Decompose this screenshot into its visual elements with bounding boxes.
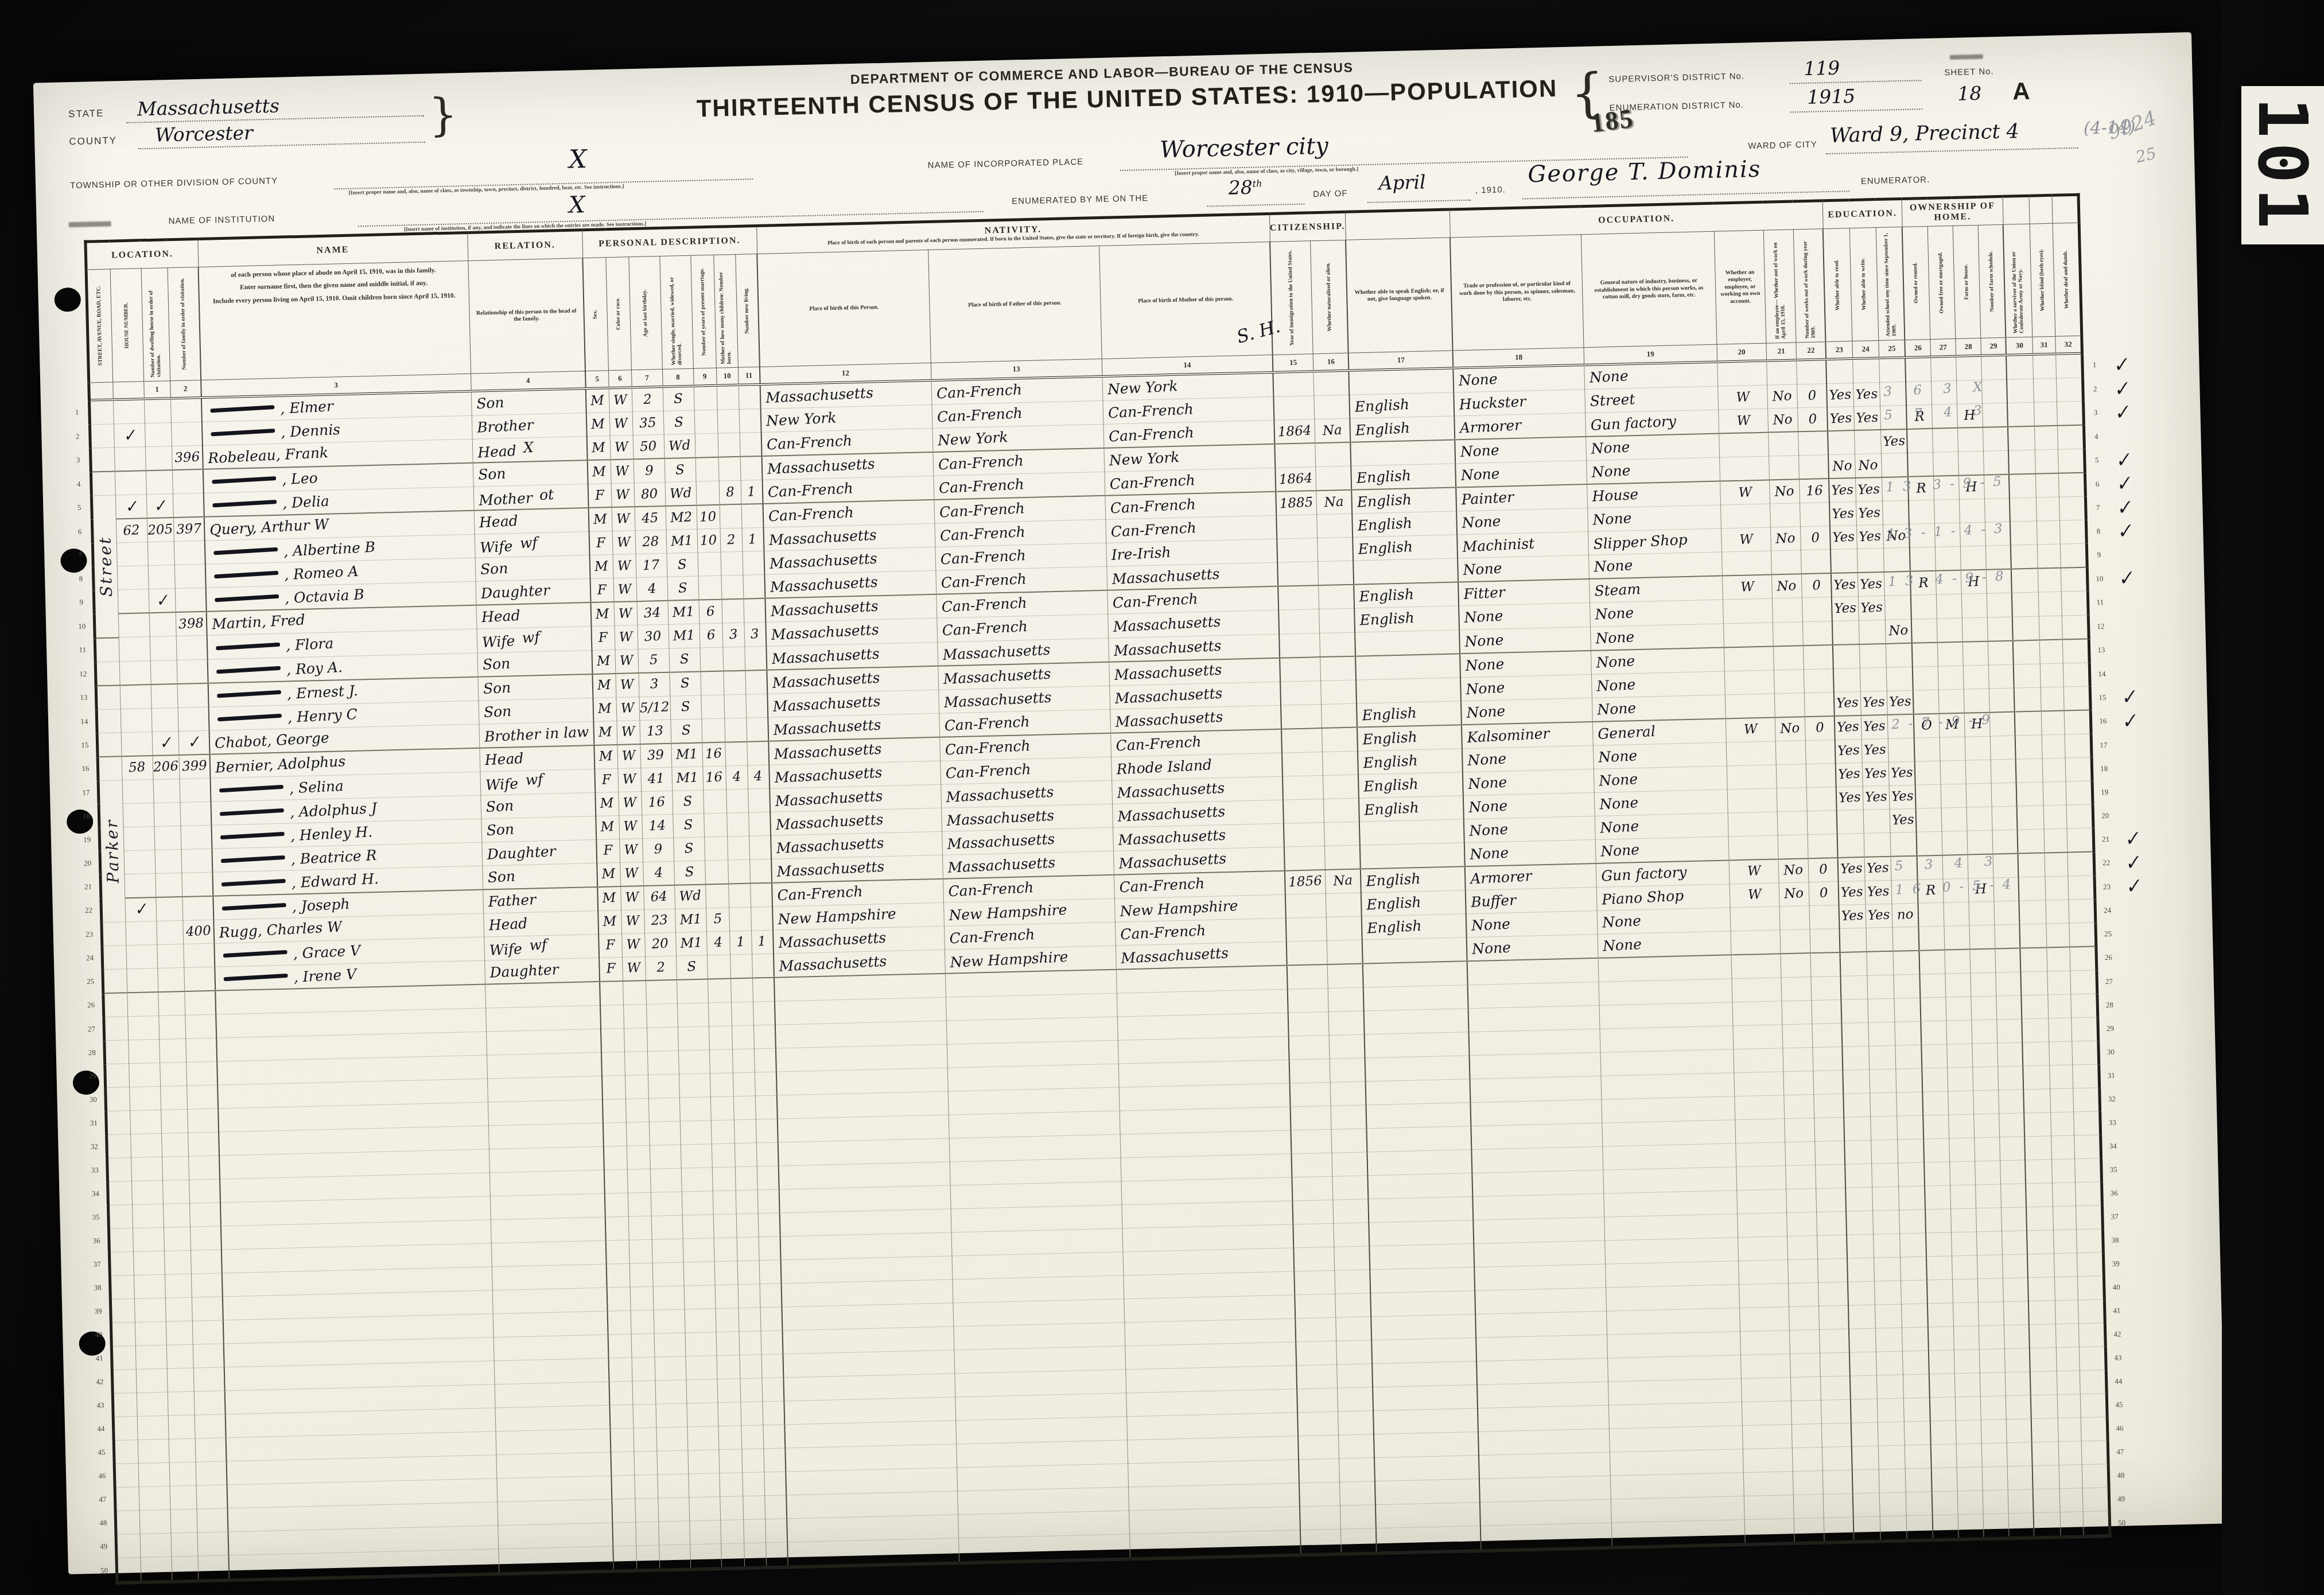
r34-imm xyxy=(1291,1153,1332,1177)
row-number-left: 29 xyxy=(81,1064,105,1088)
r10-nat xyxy=(1319,585,1355,609)
r7-fam xyxy=(174,540,205,565)
sex-value: M xyxy=(590,394,605,408)
lang-value: English xyxy=(1355,610,1414,628)
industry-value: None xyxy=(1586,439,1630,456)
r38-war xyxy=(2027,1230,2054,1254)
sex-value: M xyxy=(602,867,616,881)
r20-weeks xyxy=(1807,810,1837,834)
r16-lang: English xyxy=(1357,725,1462,751)
r33-pobm xyxy=(1120,1130,1292,1158)
r4-free xyxy=(1932,428,1958,453)
r32-cb xyxy=(734,1119,756,1143)
r39-pobm xyxy=(1123,1271,1295,1298)
r16-emp: W xyxy=(1725,717,1775,742)
r35-war xyxy=(2026,1159,2053,1183)
r38-street xyxy=(110,1275,134,1299)
col-fam-number: 2 xyxy=(170,380,201,398)
r41-pobm xyxy=(1124,1318,1296,1345)
r40-imm xyxy=(1295,1294,1336,1318)
row-number-right: 10 xyxy=(2087,567,2111,591)
r20-fsched xyxy=(1992,806,2018,830)
r7-nat xyxy=(1317,513,1353,538)
r39-nat xyxy=(1335,1269,1371,1293)
r23-emp: W xyxy=(1730,882,1779,907)
r25-nat xyxy=(1327,940,1363,964)
r39-outwork xyxy=(1788,1259,1818,1283)
r18-house xyxy=(123,803,154,827)
r35-deaf xyxy=(2075,1158,2102,1182)
r45-street xyxy=(114,1440,138,1464)
r24-cl: 1 xyxy=(751,930,774,954)
r15-house xyxy=(121,732,153,756)
r5-yrs xyxy=(696,481,720,505)
emp-value: W xyxy=(1747,888,1762,902)
age-value: 5 xyxy=(649,653,658,667)
r40-deaf xyxy=(2077,1275,2104,1300)
r40-weeks xyxy=(1818,1282,1848,1306)
r29-pobf xyxy=(947,1040,1118,1068)
r49-own xyxy=(1932,1491,1958,1515)
row-number-right: 28 xyxy=(2097,993,2121,1017)
r46-street xyxy=(114,1463,139,1487)
r14-war xyxy=(2014,664,2041,688)
col-street-header: STREET, AVENUE, ROAD, ETC. xyxy=(86,269,113,383)
outwork-value: No xyxy=(1777,579,1797,594)
r10-write: Yes xyxy=(1857,572,1884,597)
r39-free xyxy=(1952,1255,1977,1279)
r24-pobm: Can-French xyxy=(1115,918,1287,946)
pob-value: Massachusetts xyxy=(771,835,884,855)
r37-street xyxy=(109,1251,134,1275)
r17-blind xyxy=(2042,734,2065,758)
r24-marital: M1 xyxy=(675,931,707,955)
margin-check: ✓ xyxy=(2111,353,2130,375)
r29-age xyxy=(647,1051,679,1075)
marital-value: Wd xyxy=(679,889,701,904)
r3-fam: 396 xyxy=(172,445,203,470)
r23-pobm: New Hampshire xyxy=(1114,894,1286,922)
r48-fam xyxy=(197,1508,228,1532)
r28-nat xyxy=(1328,1010,1365,1034)
r43-lang xyxy=(1373,1361,1478,1387)
r31-yrs xyxy=(710,1096,734,1120)
r41-pob xyxy=(782,1326,954,1354)
row-number-left: 20 xyxy=(76,851,100,875)
r32-pobf xyxy=(949,1111,1120,1138)
ditto-dash xyxy=(215,594,279,602)
industry-value: None xyxy=(1594,748,1638,765)
write-value: Yes xyxy=(1857,483,1880,497)
r37-write xyxy=(1873,1210,1900,1234)
name-value: , Delia xyxy=(278,494,330,511)
r48-industry xyxy=(1610,1472,1744,1499)
r32-school xyxy=(1896,1092,1923,1116)
r43-cl xyxy=(761,1377,784,1401)
r31-imm xyxy=(1290,1082,1331,1107)
name-value: , Elmer xyxy=(275,399,334,416)
r11-age: 30 xyxy=(637,624,669,649)
r34-fsched xyxy=(2000,1136,2026,1160)
r29-weeks xyxy=(1812,1023,1843,1047)
r45-margin-check xyxy=(2129,1392,2160,1416)
r27-outwork xyxy=(1781,977,1812,1001)
col-school-header: Attended school any time since September… xyxy=(1876,227,1905,341)
r31-street xyxy=(106,1110,130,1134)
r34-weeks xyxy=(1815,1141,1845,1165)
col-relation-header: Relationship of this person to the head … xyxy=(468,258,585,374)
r14-fam xyxy=(178,707,209,731)
r11-fsched xyxy=(1987,593,2012,617)
r12-industry: None xyxy=(1590,624,1724,651)
ditto-dash xyxy=(212,500,277,508)
r46-margin-check xyxy=(2130,1415,2160,1440)
color-value: W xyxy=(613,394,628,407)
r47-industry xyxy=(1610,1449,1743,1475)
r33-pobf xyxy=(949,1134,1121,1162)
r7-war xyxy=(2010,497,2037,522)
col-age-number: 7 xyxy=(631,369,663,387)
r32-own xyxy=(1923,1091,1949,1115)
r46-pob xyxy=(785,1444,957,1471)
col-war-header: Whether a survivor of the Union or Confe… xyxy=(2003,224,2032,337)
row-number-left: 4 xyxy=(68,472,91,496)
r49-industry xyxy=(1611,1496,1744,1522)
r21-lang xyxy=(1360,842,1465,869)
r11-read: Yes xyxy=(1832,596,1859,621)
r7-deaf xyxy=(2059,496,2086,520)
r9-farm xyxy=(1960,546,1986,570)
r39-age xyxy=(653,1286,685,1310)
r49-yrs xyxy=(720,1519,744,1543)
r29-cb xyxy=(732,1049,755,1073)
r49-sex xyxy=(612,1522,636,1546)
pob-value: Massachusetts xyxy=(766,623,879,643)
weeks-value: 16 xyxy=(1806,484,1823,498)
r13-fam xyxy=(177,683,209,707)
read-value: No xyxy=(1832,459,1852,473)
col-marital-number: 8 xyxy=(662,368,694,387)
r18-own xyxy=(1915,761,1941,785)
r21-pobm: Massachusetts xyxy=(1113,847,1285,875)
color-value: W xyxy=(619,631,634,644)
r34-deaf xyxy=(2074,1134,2101,1158)
r50-street xyxy=(116,1557,141,1582)
r49-lang xyxy=(1375,1502,1480,1528)
age-value: 35 xyxy=(639,416,656,430)
r44-yrs xyxy=(717,1402,741,1426)
r8-imm xyxy=(1277,538,1318,563)
pob-value: Massachusetts xyxy=(774,930,887,950)
r39-emp xyxy=(1739,1259,1789,1284)
industry-value: None xyxy=(1595,795,1639,812)
r11-trade: None xyxy=(1459,603,1591,630)
r19-industry: None xyxy=(1594,789,1728,815)
r38-read xyxy=(1847,1234,1874,1258)
row-number-left: 11 xyxy=(72,638,95,662)
row-number-left: 16 xyxy=(75,757,98,781)
r46-fam xyxy=(196,1461,227,1485)
emp-value: W xyxy=(1740,580,1754,594)
r8-relation: Son xyxy=(475,555,590,582)
industry-value: Steam xyxy=(1590,582,1641,598)
r41-emp xyxy=(1739,1306,1789,1331)
relation-value: Head xyxy=(484,916,528,932)
r15-emp xyxy=(1725,693,1775,718)
r31-deaf xyxy=(2073,1064,2100,1088)
r19-nat xyxy=(1324,798,1360,822)
r9-deaf xyxy=(2060,543,2087,568)
r28-pobm xyxy=(1117,1013,1289,1040)
r49-age xyxy=(658,1520,690,1545)
r10-pobf: Can-French xyxy=(936,590,1107,618)
r3-free: 5 7 4 3 xyxy=(1932,404,1957,429)
r1-pob: Massachusetts xyxy=(760,380,932,409)
r15-cl xyxy=(746,717,768,741)
r12-street xyxy=(95,661,120,685)
r49-war xyxy=(2033,1488,2060,1512)
relation-value: Son xyxy=(471,395,504,411)
pobf-value: Can-French xyxy=(936,571,1027,590)
r34-own xyxy=(1924,1138,1950,1162)
row-number-left: 23 xyxy=(78,922,102,946)
r21-fsched xyxy=(1992,830,2018,854)
r25-relation: Daughter xyxy=(484,958,600,984)
r26-read xyxy=(1840,951,1867,976)
r13-pobf: Massachusetts xyxy=(938,662,1109,690)
r42-school xyxy=(1902,1326,1929,1351)
lang-value: English xyxy=(1353,492,1412,509)
r33-industry xyxy=(1602,1119,1736,1146)
read-value: Yes xyxy=(1831,483,1854,497)
r33-own xyxy=(1923,1115,1949,1139)
r39-fam xyxy=(192,1296,223,1320)
r33-dwell xyxy=(162,1156,189,1180)
r38-nat xyxy=(1334,1246,1370,1270)
r30-color xyxy=(625,1075,648,1099)
row-number-right: 8 xyxy=(2086,519,2109,543)
enumeration-district-value: 1915 xyxy=(1807,85,1856,108)
write-value: Yes xyxy=(1864,767,1887,781)
r6-outwork: No xyxy=(1769,479,1800,504)
r25-read xyxy=(1840,928,1867,952)
r22-read: Yes xyxy=(1838,857,1865,881)
signature-line xyxy=(1522,190,1849,199)
r34-marital xyxy=(681,1167,713,1191)
pob-value: Massachusetts xyxy=(772,859,885,879)
r30-industry xyxy=(1600,1049,1734,1075)
r28-read xyxy=(1841,999,1868,1023)
r14-blind xyxy=(2040,663,2063,687)
r20-school: Yes xyxy=(1890,808,1917,832)
row-number-right: 46 xyxy=(2107,1416,2131,1440)
r34-nat xyxy=(1332,1151,1368,1176)
r8-emp: W xyxy=(1721,527,1771,552)
col-trade-header: Trade or profession of, or particular ki… xyxy=(1450,235,1584,351)
r7-color: W xyxy=(612,531,636,555)
pob-value: Massachusetts xyxy=(770,765,883,785)
row-number-left: 44 xyxy=(90,1417,114,1441)
r45-sex xyxy=(610,1428,634,1452)
age-value: 23 xyxy=(651,914,668,928)
r7-pob: Massachusetts xyxy=(764,523,935,551)
r17-trade: None xyxy=(1462,745,1594,772)
r13-color: W xyxy=(615,673,639,697)
r40-dwell xyxy=(166,1321,193,1345)
row-number-right: 36 xyxy=(2101,1181,2125,1205)
r6-sex: M xyxy=(589,507,612,531)
r9-read xyxy=(1831,549,1857,574)
r45-color xyxy=(633,1427,656,1452)
r28-pobf xyxy=(946,1017,1118,1044)
r35-yrs xyxy=(713,1190,736,1214)
r50-pobf xyxy=(958,1534,1130,1563)
r41-industry xyxy=(1607,1308,1740,1334)
r42-industry xyxy=(1607,1331,1740,1357)
r31-farm xyxy=(1973,1066,1999,1090)
r37-industry xyxy=(1604,1213,1738,1240)
r50-blind xyxy=(2060,1511,2084,1536)
r10-dwell xyxy=(149,612,176,637)
r24-nat xyxy=(1327,916,1363,940)
r20-emp xyxy=(1728,811,1778,836)
row-number-left: 19 xyxy=(76,827,100,851)
r22-lang: English xyxy=(1361,866,1466,893)
r34-school xyxy=(1898,1139,1925,1163)
sheet-letter: A xyxy=(2012,77,2030,106)
read-value: Yes xyxy=(1839,791,1861,805)
enumerator-label: ENUMERATOR. xyxy=(1861,175,1930,186)
r11-cl: 3 xyxy=(744,622,766,646)
r24-relation: Wifewf xyxy=(484,934,599,960)
r12-color: W xyxy=(615,649,638,673)
r39-margin-check xyxy=(2126,1251,2156,1275)
r26-dwell xyxy=(158,991,185,1016)
r26-blind xyxy=(2047,947,2070,971)
row-number-right: 21 xyxy=(2093,827,2117,851)
r30-trade xyxy=(1470,1052,1601,1079)
r27-fsched xyxy=(1996,971,2022,995)
group-header xyxy=(1345,209,1450,240)
r45-relation xyxy=(495,1429,611,1455)
r26-cl xyxy=(752,977,775,1001)
r41-fam xyxy=(193,1343,224,1367)
age-value: 4 xyxy=(647,582,656,596)
ditto-dash xyxy=(216,642,280,650)
r42-color xyxy=(632,1357,655,1381)
write-value: Yes xyxy=(1868,908,1891,923)
col-lang-header: Whether able to speak English; or, if no… xyxy=(1346,238,1453,353)
r29-relation xyxy=(487,1052,602,1079)
r40-color xyxy=(631,1310,654,1334)
r27-write xyxy=(1867,975,1894,999)
r45-read xyxy=(1851,1399,1878,1423)
r12-nat xyxy=(1320,632,1356,657)
r17-relation: Wifewf xyxy=(480,769,595,795)
r10-industry: Steam xyxy=(1589,576,1723,603)
r25-free xyxy=(1944,925,1970,950)
industry-value: None xyxy=(1592,701,1637,717)
pobm-value: Massachusetts xyxy=(1116,946,1229,966)
r34-relation xyxy=(489,1170,605,1196)
name-value: , Henley H. xyxy=(285,824,372,843)
r50-dwell xyxy=(171,1556,198,1582)
margin-check: ✓ xyxy=(2119,686,2138,708)
r9-school xyxy=(1883,547,1910,572)
r12-house xyxy=(119,660,151,685)
row-number-right: 2 xyxy=(2082,377,2106,401)
ditto-dash xyxy=(219,785,283,793)
r24-emp xyxy=(1730,906,1780,931)
r41-margin-check xyxy=(2127,1298,2158,1322)
marital-value: M1 xyxy=(676,771,698,785)
r28-fsched xyxy=(1996,995,2022,1019)
r33-read xyxy=(1844,1116,1871,1141)
r42-nat xyxy=(1336,1340,1373,1364)
r3-cb xyxy=(718,433,740,457)
r39-pob xyxy=(782,1279,953,1307)
r50-emp xyxy=(1744,1518,1794,1545)
relation-value: Wife xyxy=(475,539,512,555)
r41-dwell xyxy=(166,1344,193,1368)
emp-value: W xyxy=(1736,414,1751,428)
r41-school xyxy=(1901,1303,1928,1327)
margin-pencil-number: 9924 xyxy=(2105,106,2159,144)
row-number-left: 26 xyxy=(80,993,103,1017)
r10-free: 13-4-9-8 xyxy=(1936,570,1961,595)
r11-relation: Wifewf xyxy=(477,627,592,653)
r15-pobm: Massachusetts xyxy=(1110,705,1281,733)
pob-value: Can-French xyxy=(772,884,863,902)
r31-war xyxy=(2023,1065,2050,1089)
r1-street xyxy=(89,400,114,425)
r18-imm xyxy=(1283,775,1324,800)
row-number-left: 9 xyxy=(71,590,94,614)
r30-pobm xyxy=(1118,1060,1290,1087)
lang-value: English xyxy=(1362,918,1422,935)
r25-fam xyxy=(184,967,215,991)
row-number-left: 24 xyxy=(79,946,102,970)
r33-yrs xyxy=(712,1143,735,1167)
r15-imm xyxy=(1281,704,1322,729)
r8-industry: Slipper Shop xyxy=(1588,528,1722,555)
r49-emp xyxy=(1744,1495,1794,1519)
marital-value: M1 xyxy=(673,629,695,643)
r42-marital xyxy=(685,1355,717,1379)
row-number-right: 20 xyxy=(2093,804,2116,828)
r13-emp xyxy=(1724,646,1774,671)
col-war-number: 30 xyxy=(2006,337,2033,355)
r45-trade xyxy=(1478,1405,1609,1431)
col-cl-number: 11 xyxy=(738,367,760,384)
r9-marital: S xyxy=(667,576,698,601)
r4-own xyxy=(1907,429,1933,453)
group-header xyxy=(2029,195,2053,224)
imm-value: 1856 xyxy=(1288,874,1323,889)
nat-value: Na xyxy=(1324,495,1344,509)
r27-yrs xyxy=(708,1002,732,1026)
name-value: , Dennis xyxy=(276,422,341,440)
r22-nat: Na xyxy=(1326,869,1362,893)
r47-own xyxy=(1931,1444,1957,1468)
industry-value: None xyxy=(1587,463,1631,480)
r10-outwork: No xyxy=(1771,574,1802,598)
r4-color: W xyxy=(611,459,634,483)
r45-free xyxy=(1955,1396,1981,1420)
r3-emp: W xyxy=(1719,409,1769,434)
trade-value: None xyxy=(1463,751,1507,768)
r35-write xyxy=(1872,1163,1899,1187)
